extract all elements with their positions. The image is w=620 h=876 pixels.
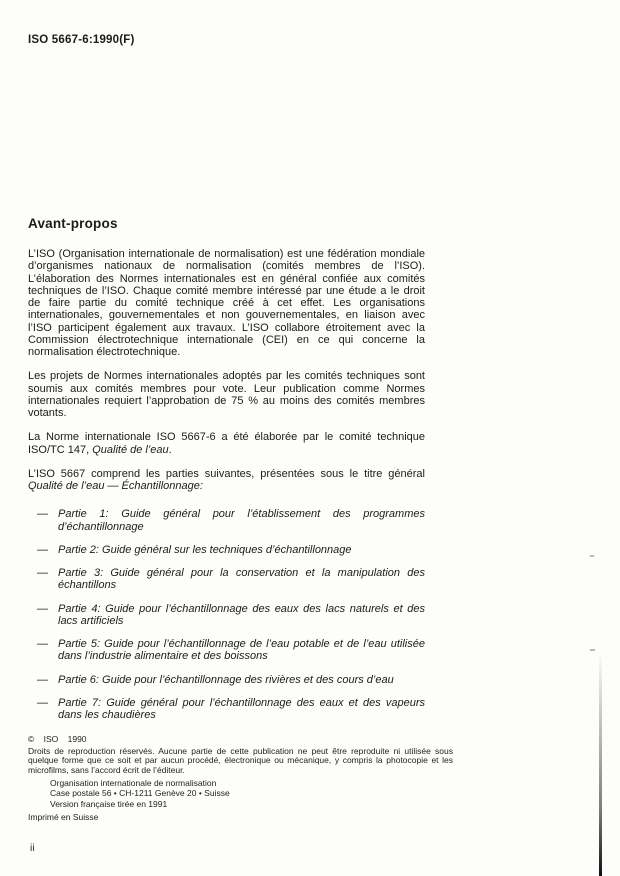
body-text: L’ISO 5667 comprend les parties suivante… xyxy=(28,468,425,480)
list-item-text: Partie 4: Guide pour l’échantillonnage d… xyxy=(58,603,425,627)
paragraph: L’ISO (Organisation internationale de no… xyxy=(28,248,425,358)
scan-artifact-speck xyxy=(590,555,594,557)
list-item-text: Partie 3: Guide général pour la conserva… xyxy=(58,567,425,591)
scan-artifact-line xyxy=(599,652,602,876)
list-item-text: Partie 2: Guide général sur les techniqu… xyxy=(58,544,352,556)
list-dash-marker: — xyxy=(37,638,48,650)
body-text: . xyxy=(169,444,172,456)
document-reference: ISO 5667-6:1990(F) xyxy=(28,34,135,46)
list-item-text: Partie 5: Guide pour l’échantillonnage d… xyxy=(58,638,425,662)
page-number: ii xyxy=(30,842,35,854)
list-dash-marker: — xyxy=(37,697,48,709)
list-item: —Partie 7: Guide général pour l’échantil… xyxy=(28,697,425,722)
copyright-notice: © ISO 1990 xyxy=(28,735,458,745)
list-item: —Partie 4: Guide pour l’échantillonnage … xyxy=(28,603,425,628)
parts-list: —Partie 1: Guide général pour l’établiss… xyxy=(28,508,425,721)
list-item: —Partie 6: Guide pour l’échantillonnage … xyxy=(28,674,425,686)
list-item-text: Partie 1: Guide général pour l’établisse… xyxy=(58,508,425,532)
list-dash-marker: — xyxy=(37,567,48,579)
edition-note: Version française tirée en 1991 xyxy=(50,800,458,810)
scan-artifact-speck xyxy=(590,649,595,651)
main-content: Avant-propos L’ISO (Organisation interna… xyxy=(28,216,425,732)
publisher-block: Organisation internationale de normalisa… xyxy=(28,779,458,809)
list-item-text: Partie 6: Guide pour l’échantillonnage d… xyxy=(58,674,394,686)
body-text: La Norme internationale ISO 5667-6 a été… xyxy=(28,431,425,455)
italic-text: Qualité de l’eau — Échantillonnage: xyxy=(28,480,203,492)
list-dash-marker: — xyxy=(37,508,48,520)
publisher-address: Case postale 56 • CH-1211 Genève 20 • Su… xyxy=(50,789,458,799)
list-item: —Partie 1: Guide général pour l’établiss… xyxy=(28,508,425,533)
printed-in-note: Imprimé en Suisse xyxy=(28,813,458,823)
legal-text: Droits de reproduction réservés. Aucune … xyxy=(28,747,453,776)
document-page: ISO 5667-6:1990(F) Avant-propos L’ISO (O… xyxy=(0,0,620,876)
footer: © ISO 1990 Droits de reproduction réserv… xyxy=(28,735,458,823)
list-item: —Partie 2: Guide général sur les techniq… xyxy=(28,544,425,556)
list-dash-marker: — xyxy=(37,603,48,615)
paragraphs: L’ISO (Organisation internationale de no… xyxy=(28,248,425,492)
body-text: L’ISO (Organisation internationale de no… xyxy=(28,248,425,358)
italic-text: Qualité de l’eau xyxy=(92,444,168,456)
body-text: Les projets de Normes internationales ad… xyxy=(28,370,425,419)
list-dash-marker: — xyxy=(37,544,48,556)
paragraph: Les projets de Normes internationales ad… xyxy=(28,370,425,419)
list-dash-marker: — xyxy=(37,674,48,686)
paragraph: La Norme internationale ISO 5667-6 a été… xyxy=(28,431,425,456)
section-title: Avant-propos xyxy=(28,216,425,231)
list-item: —Partie 5: Guide pour l’échantillonnage … xyxy=(28,638,425,663)
list-item-text: Partie 7: Guide général pour l’échantill… xyxy=(58,697,425,721)
paragraph: L’ISO 5667 comprend les parties suivante… xyxy=(28,468,425,493)
list-item: —Partie 3: Guide général pour la conserv… xyxy=(28,567,425,592)
